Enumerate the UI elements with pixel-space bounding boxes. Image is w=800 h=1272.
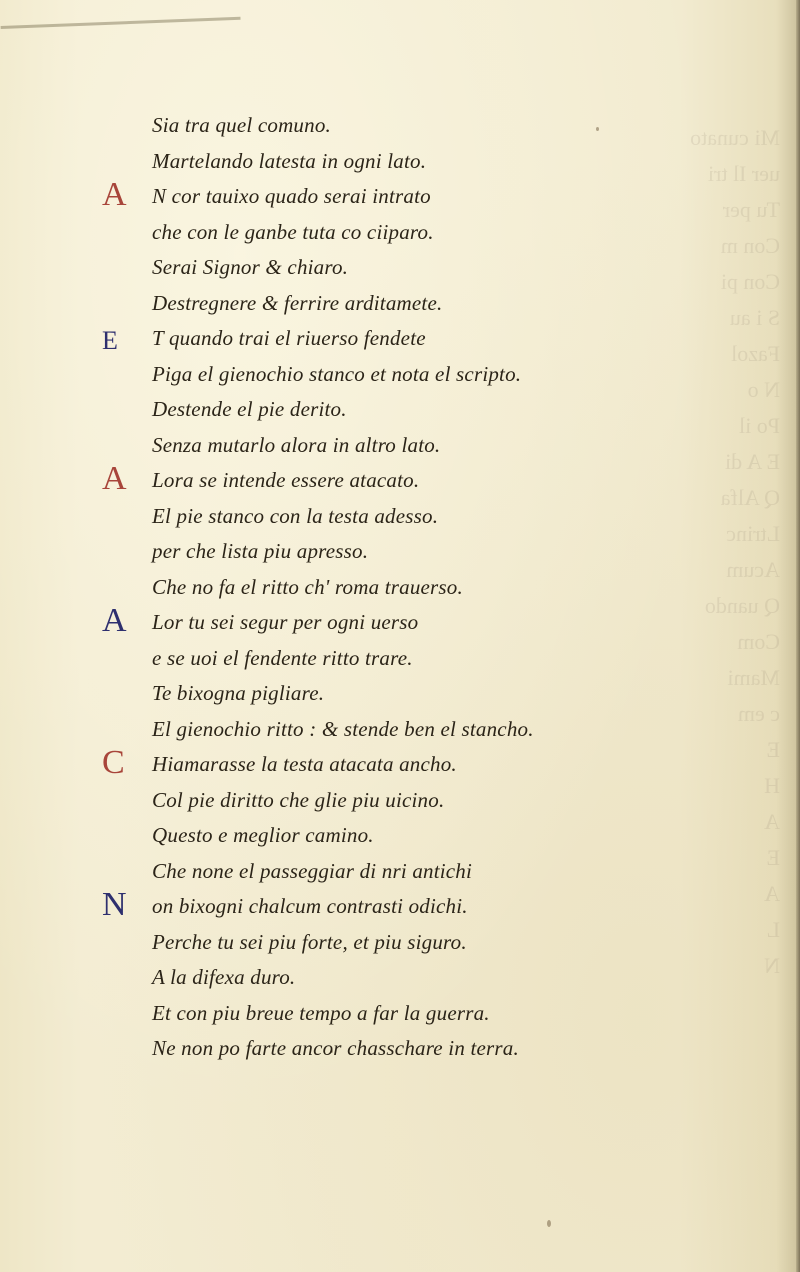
verse-line-text: che con le ganbe tuta co ciiparo. [152,215,434,251]
manuscript-page: Mi cunatouer Il triTu perCon mCon pi S i… [0,0,800,1272]
verse-line-text: El gienochio ritto : & stende ben el sta… [152,712,534,748]
red-initial: C [102,743,125,783]
verse-line-text: Serai Signor & chiaro. [152,250,348,286]
verse-line: e se uoi el fendente ritto trare. [100,641,740,677]
verse-line-text: per che lista piu apresso. [152,534,368,570]
verse-line-text: Martelando latesta in ogni lato. [152,144,426,180]
verse-line-text: Che none el passeggiar di nri antichi [152,854,472,890]
verse-text-block: Sia tra quel comuno. Martelando latesta … [100,108,740,1067]
verse-line: Et con piu breue tempo a far la guerra. [100,996,740,1032]
blue-initial: N [102,885,127,925]
verse-line-text: Destende el pie derito. [152,392,347,428]
verse-line-text: Piga el gienochio stanco et nota el scri… [152,357,521,393]
verse-line-text: Ne non po farte ancor chasschare in terr… [152,1031,519,1067]
verse-line: A Lor tu sei segur per ogni uerso [100,605,740,641]
verse-line: Destende el pie derito. [100,392,740,428]
verse-line: Ne non po farte ancor chasschare in terr… [100,1031,740,1067]
verse-line: A la difexa duro. [100,960,740,996]
verse-line: El gienochio ritto : & stende ben el sta… [100,712,740,748]
verse-line-text: Et con piu breue tempo a far la guerra. [152,996,490,1032]
verse-line: Perche tu sei piu forte, et piu siguro. [100,925,740,961]
verse-line-text: Questo e meglior camino. [152,818,374,854]
verse-line: Che no fa el ritto ch' roma trauerso. [100,570,740,606]
verse-line: Te bixogna pigliare. [100,676,740,712]
verse-line: Questo e meglior camino. [100,818,740,854]
blue-initial: A [102,601,127,641]
page-right-edge [796,0,800,1272]
verse-line: Martelando latesta in ogni lato. [100,144,740,180]
verse-line: N on bixogni chalcum contrasti odichi. [100,889,740,925]
verse-line: Senza mutarlo alora in altro lato. [100,428,740,464]
blue-initial: E [102,321,118,361]
verse-line: Che none el passeggiar di nri antichi [100,854,740,890]
verse-line-text: Col pie diritto che glie piu uicino. [152,783,444,819]
verse-line: A N cor tauixo quado serai intrato [100,179,740,215]
verse-line: per che lista piu apresso. [100,534,740,570]
verse-line-text: Destregnere & ferrire arditamete. [152,286,442,322]
verse-line-text: on bixogni chalcum contrasti odichi. [152,889,468,925]
verse-line: Sia tra quel comuno. [100,108,740,144]
page-top-edge [0,1,241,29]
red-initial: A [102,175,127,215]
verse-line-text: Sia tra quel comuno. [152,108,331,144]
verse-line-text: Te bixogna pigliare. [152,676,324,712]
verse-line: E T quando trai el riuerso fendete [100,321,740,357]
verse-line: C Hiamarasse la testa atacata ancho. [100,747,740,783]
verse-line: Col pie diritto che glie piu uicino. [100,783,740,819]
ink-speck [547,1220,551,1227]
verse-line: El pie stanco con la testa adesso. [100,499,740,535]
verse-line: Piga el gienochio stanco et nota el scri… [100,357,740,393]
verse-line-text: N cor tauixo quado serai intrato [152,179,431,215]
verse-line-text: Perche tu sei piu forte, et piu siguro. [152,925,467,961]
verse-line-text: A la difexa duro. [152,960,295,996]
red-initial: A [102,459,127,499]
verse-line: Destregnere & ferrire arditamete. [100,286,740,322]
verse-line-text: T quando trai el riuerso fendete [152,321,426,357]
verse-line: che con le ganbe tuta co ciiparo. [100,215,740,251]
verse-line: Serai Signor & chiaro. [100,250,740,286]
verse-line: A Lora se intende essere atacato. [100,463,740,499]
verse-line-text: El pie stanco con la testa adesso. [152,499,438,535]
verse-line-text: Hiamarasse la testa atacata ancho. [152,747,457,783]
verse-line-text: e se uoi el fendente ritto trare. [152,641,413,677]
verse-line-text: Senza mutarlo alora in altro lato. [152,428,440,464]
verse-line-text: Lora se intende essere atacato. [152,463,419,499]
verse-line-text: Lor tu sei segur per ogni uerso [152,605,418,641]
verse-line-text: Che no fa el ritto ch' roma trauerso. [152,570,463,606]
